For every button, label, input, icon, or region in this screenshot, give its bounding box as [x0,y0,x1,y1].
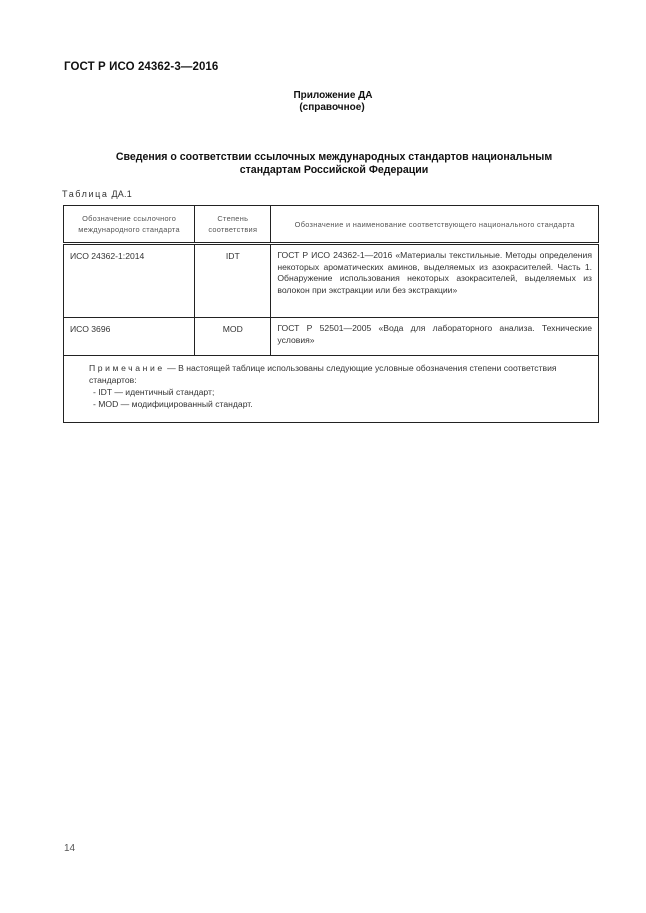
section-title: Сведения о соответствии ссылочных междун… [0,151,646,176]
note-item-idt: - IDT — идентичный стандарт; [68,386,576,398]
page-number: 14 [64,843,75,854]
note-label: Примечание [89,363,165,373]
table-note: Примечание — В настоящей таблице использ… [64,356,599,423]
cell-degree: IDT [195,244,271,318]
table-caption-number: ДА.1 [112,189,132,199]
cell-intl-standard: ИСО 3696 [64,318,195,356]
table-note-row: Примечание — В настоящей таблице использ… [64,356,599,423]
cell-national-standard: ГОСТ Р ИСО 24362-1—2016 «Материалы текст… [271,244,599,318]
table-caption-label: Таблица [62,189,109,199]
table-caption: ТаблицаДА.1 [62,189,132,199]
appendix-heading: Приложение ДА (справочное) [0,90,646,114]
cell-degree: MOD [195,318,271,356]
appendix-subtitle: (справочное) [0,102,646,114]
column-header-intl-standard: Обозначение ссылочного международного ст… [64,206,195,244]
column-header-degree: Степень соответствия [195,206,271,244]
table-row: ИСО 24362-1:2014 IDT ГОСТ Р ИСО 24362-1—… [64,244,599,318]
document-code: ГОСТ Р ИСО 24362-3—2016 [64,61,218,73]
table-row: ИСО 3696 MOD ГОСТ Р 52501—2005 «Вода для… [64,318,599,356]
cell-intl-standard: ИСО 24362-1:2014 [64,244,195,318]
section-title-line-2: стандартам Российской Федерации [0,164,646,177]
cell-national-standard: ГОСТ Р 52501—2005 «Вода для лабораторног… [271,318,599,356]
column-header-national-standard: Обозначение и наименование соответствующ… [271,206,599,244]
note-lead: Примечание — В настоящей таблице использ… [68,362,576,386]
appendix-title: Приложение ДА [0,90,646,102]
section-title-line-1: Сведения о соответствии ссылочных междун… [0,151,646,164]
table-header-row: Обозначение ссылочного международного ст… [64,206,599,244]
note-item-mod: - MOD — модифицированный стандарт. [68,398,576,410]
standards-correspondence-table: Обозначение ссылочного международного ст… [63,205,599,423]
